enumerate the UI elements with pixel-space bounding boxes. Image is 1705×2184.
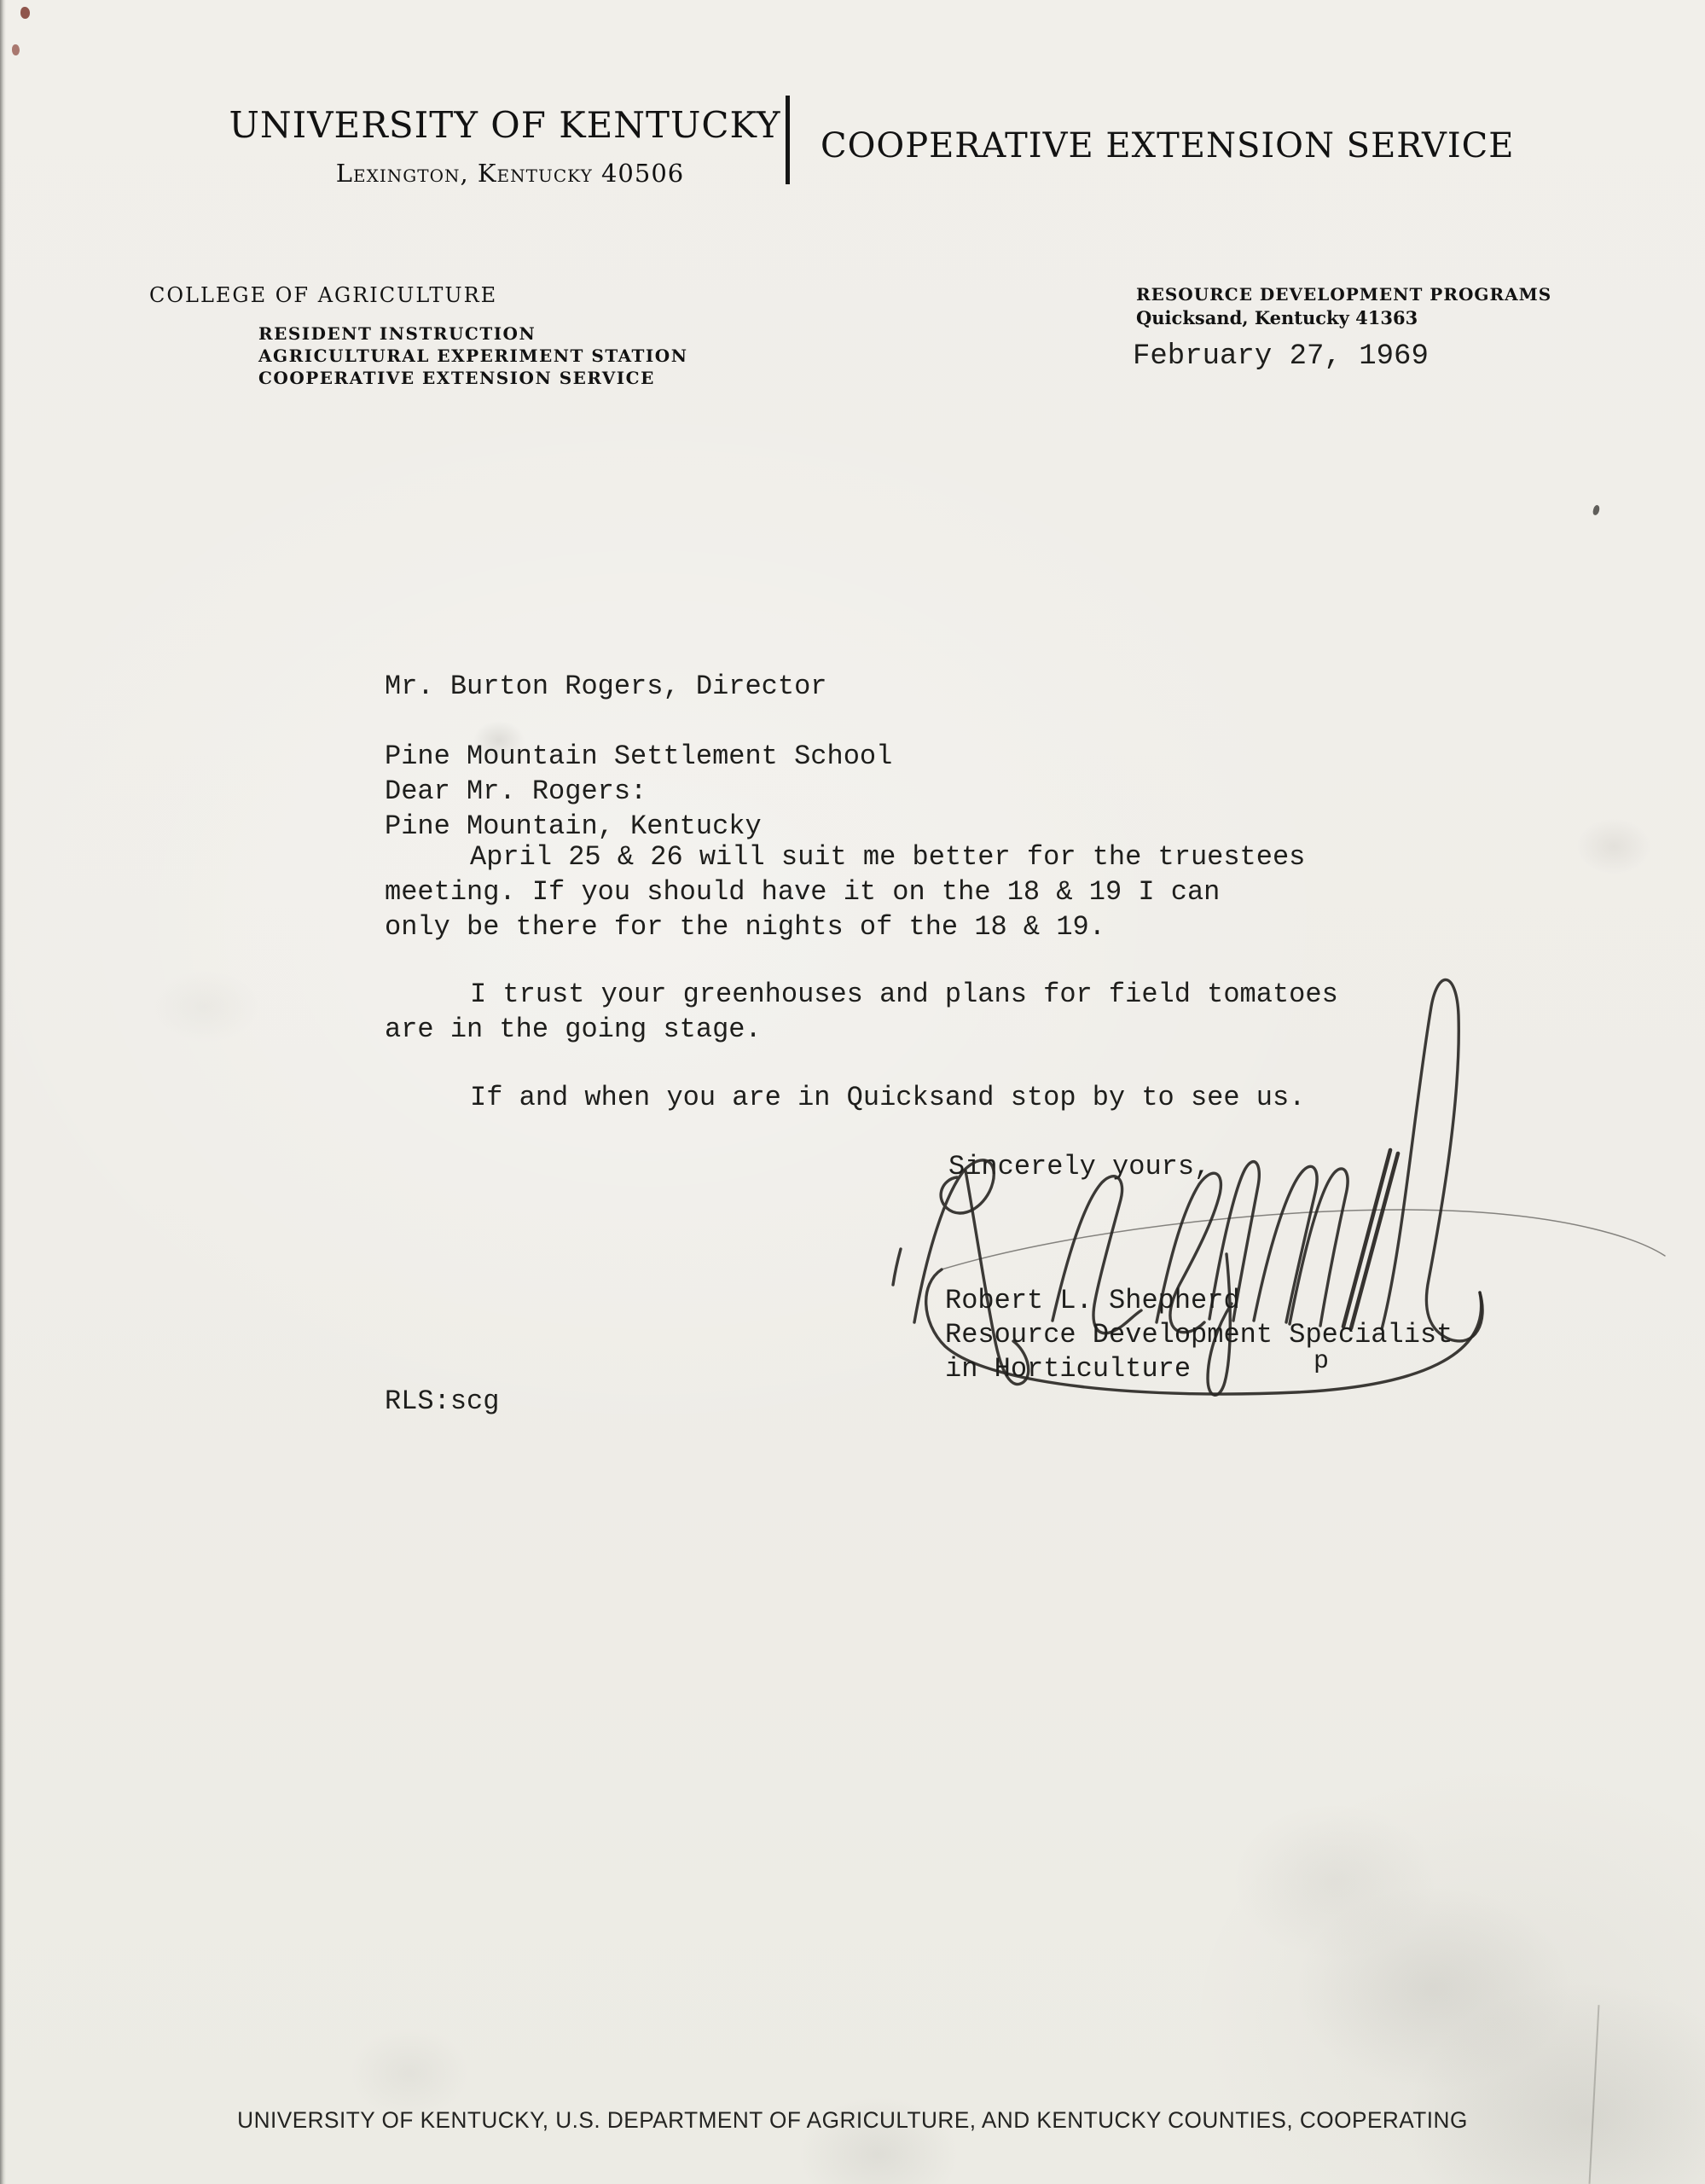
scan-scratch [1589, 2005, 1600, 2184]
office-address: Quicksand, Kentucky 41363 [1136, 307, 1418, 328]
service-name: COOPERATIVE EXTENSION SERVICE [821, 126, 1514, 166]
scan-edge-shadow [0, 0, 6, 2184]
college-unit: RESIDENT INSTRUCTION [258, 322, 687, 345]
letter-date: February 27, 1969 [1133, 340, 1429, 375]
red-speck [12, 44, 20, 55]
signer-block: Robert L. Shepherd Resource Development … [945, 1284, 1453, 1386]
college-name: COLLEGE OF AGRICULTURE [149, 283, 497, 307]
body-paragraph: April 25 & 26 will suit me better for th… [385, 839, 1357, 944]
scanned-letter-page: UNIVERSITY OF KENTUCKY Lexington, Kentuc… [0, 0, 1705, 2184]
recipient-line: Pine Mountain Settlement School [385, 739, 892, 774]
letterhead-divider [786, 96, 790, 184]
red-speck [20, 7, 30, 19]
recipient-line: Pine Mountain, Kentucky [385, 809, 892, 844]
university-address: Lexington, Kentucky 40506 [336, 159, 685, 188]
university-name: UNIVERSITY OF KENTUCKY [229, 104, 780, 146]
college-unit: AGRICULTURAL EXPERIMENT STATION [258, 345, 687, 367]
college-units: RESIDENT INSTRUCTION AGRICULTURAL EXPERI… [258, 322, 687, 389]
ink-speck [1592, 504, 1600, 516]
recipient-line: Mr. Burton Rogers, Director [385, 669, 892, 704]
college-unit: COOPERATIVE EXTENSION SERVICE [258, 367, 687, 389]
footer-cooperating-line: UNIVERSITY OF KENTUCKY, U.S. DEPARTMENT … [26, 2107, 1679, 2134]
handwritten-signature [870, 955, 1689, 1467]
typo-correction-mark: p [1314, 1345, 1329, 1380]
salutation: Dear Mr. Rogers: [385, 774, 647, 809]
office-name: RESOURCE DEVELOPMENT PROGRAMS [1136, 284, 1551, 305]
typist-reference: RLS:scg [385, 1384, 499, 1419]
